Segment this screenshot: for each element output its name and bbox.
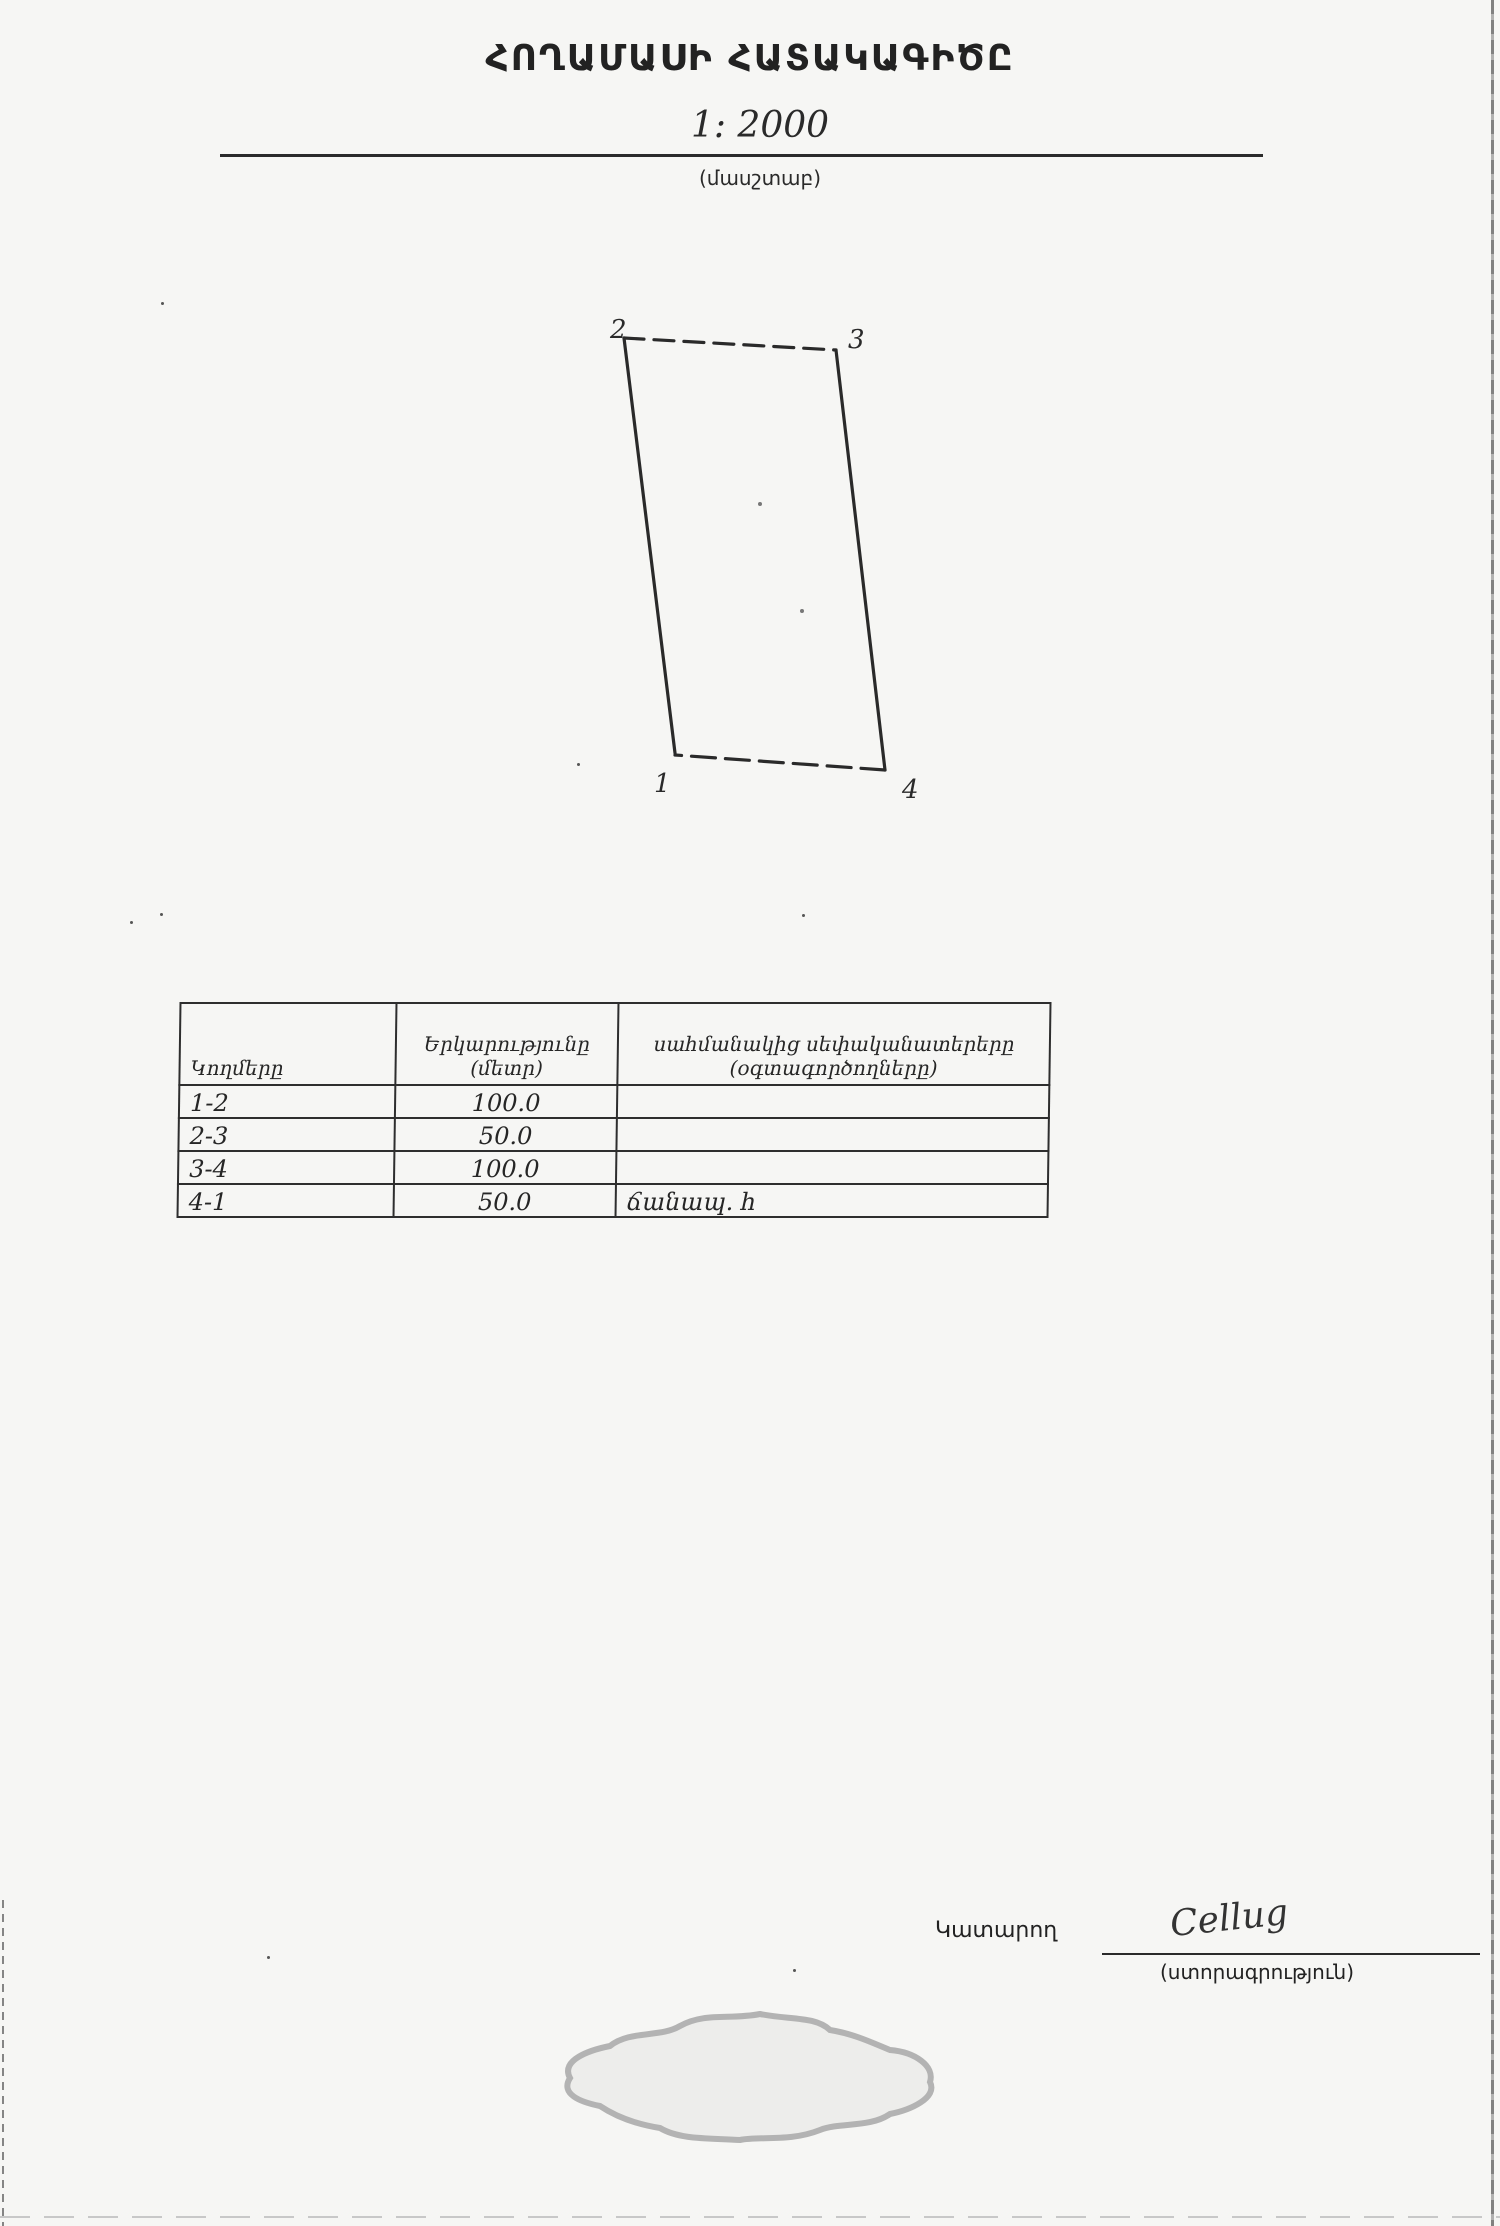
cell-length: 50.0 — [394, 1184, 616, 1217]
header-length: Երկարությունը (մետր) — [395, 1003, 618, 1085]
signature-line — [1102, 1953, 1480, 1955]
scan-edge-left — [2, 1900, 4, 2226]
table-row: 3-4 100.0 — [178, 1151, 1048, 1184]
vertex-label-4: 4 — [901, 775, 919, 805]
header-adjacent: սահմանակից սեփականատերերը (օգտագործողներ… — [617, 1003, 1050, 1085]
cell-length: 100.0 — [394, 1151, 616, 1184]
cell-side: 3-4 — [178, 1151, 394, 1184]
scan-edge-bottom — [0, 2216, 1500, 2218]
cell-length: 100.0 — [395, 1085, 617, 1118]
vertex-label-2: 2 — [609, 315, 627, 345]
signature: Cellug — [1168, 1892, 1290, 1945]
sides-table-container: Կողմերը Երկարությունը (մետր) սահմանակից … — [178, 1002, 1058, 1218]
land-plot-diagram: 2 3 1 4 — [580, 300, 930, 820]
header-sides: Կողմերը — [179, 1003, 396, 1085]
cell-side: 1-2 — [179, 1085, 395, 1118]
cell-side: 2-3 — [178, 1118, 394, 1151]
document-page: ՀՈՂԱՄԱՍԻ ՀԱՏԱԿԱԳԻԾԸ 1: 2000 (մասշտաբ) 2 … — [0, 0, 1500, 2226]
sides-table: Կողմերը Երկարությունը (մետր) սահմանակից … — [176, 1002, 1051, 1218]
plot-edge-3-4 — [836, 350, 885, 770]
signature-caption: (ստորագրություն) — [1160, 1960, 1354, 1984]
plot-edge-1-2 — [624, 338, 675, 753]
stamp-seal-icon — [530, 1990, 970, 2150]
table-row: 1-2 100.0 — [179, 1085, 1049, 1118]
scale-underline — [220, 154, 1263, 157]
cell-length: 50.0 — [394, 1118, 616, 1151]
vertex-label-1: 1 — [654, 769, 671, 799]
cell-adjacent — [616, 1118, 1048, 1151]
scale-caption: (մասշտաբ) — [620, 166, 900, 190]
scan-edge-right — [1491, 0, 1494, 2226]
table-header-row: Կողմերը Երկարությունը (մետր) սահմանակից … — [179, 1003, 1050, 1085]
table-row: 2-3 50.0 — [178, 1118, 1048, 1151]
plot-edge-4-1 — [675, 755, 885, 770]
plot-edge-2-3 — [624, 338, 836, 350]
cell-adjacent: ճանապ. հ — [616, 1184, 1048, 1217]
scale-value: 1: 2000 — [660, 105, 860, 146]
page-title: ՀՈՂԱՄԱՍԻ ՀԱՏԱԿԱԳԻԾԸ — [0, 38, 1500, 79]
cell-adjacent — [617, 1085, 1049, 1118]
performer-label: Կատարող — [935, 1918, 1057, 1943]
table-row: 4-1 50.0 ճանապ. հ — [178, 1184, 1048, 1217]
cell-adjacent — [616, 1151, 1048, 1184]
cell-side: 4-1 — [178, 1184, 394, 1217]
vertex-label-3: 3 — [848, 325, 865, 355]
